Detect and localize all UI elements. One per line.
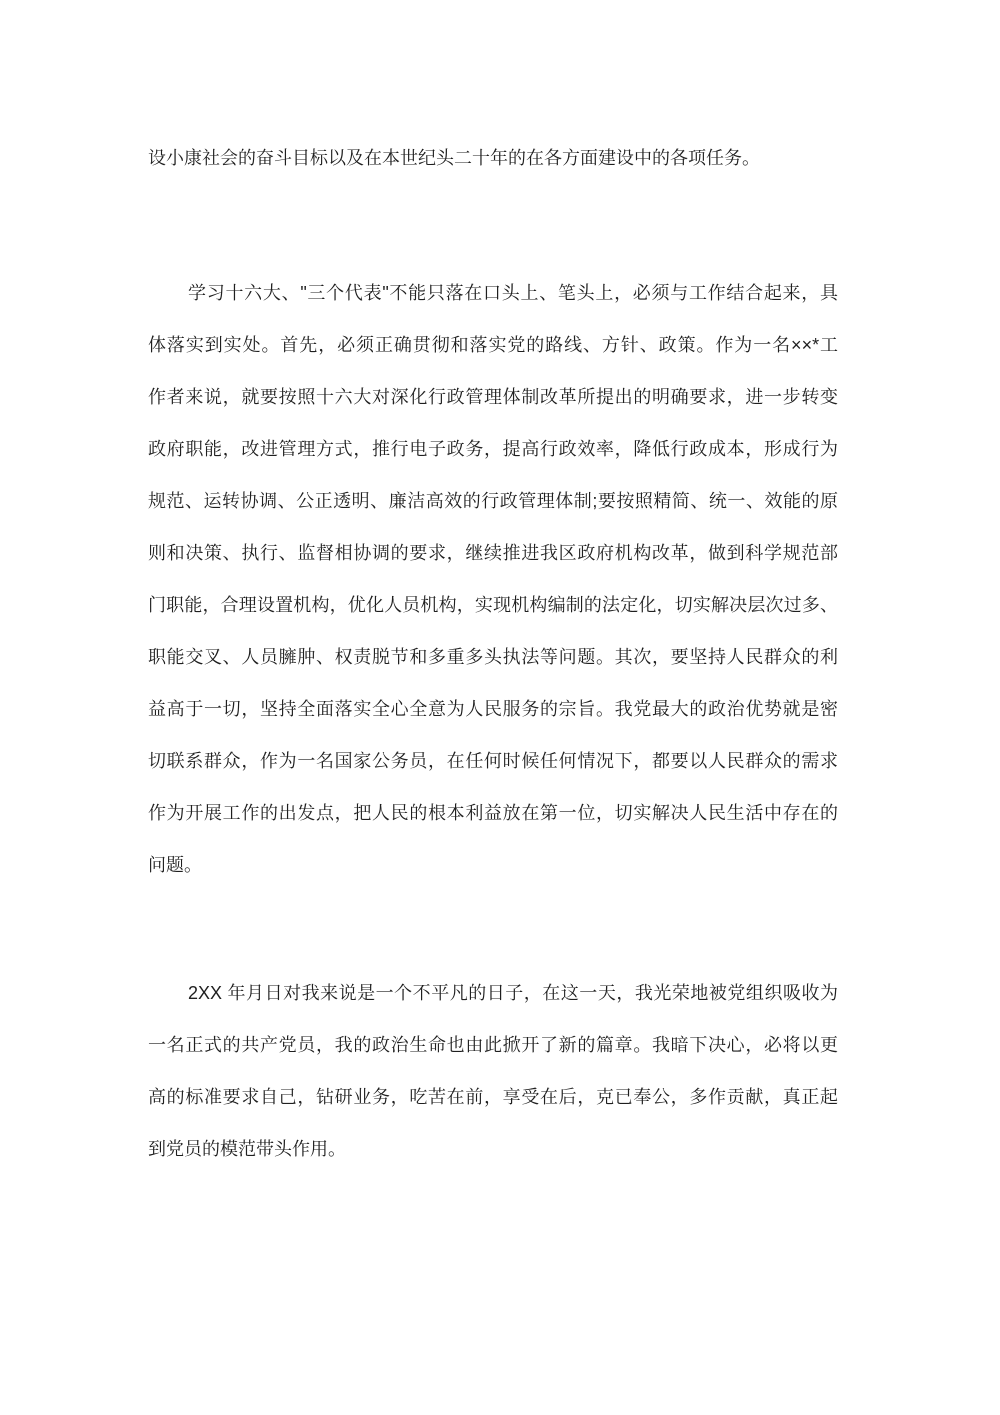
document-page: 设小康社会的奋斗目标以及在本世纪头二十年的在各方面建设中的各项任务。学习十六大、… <box>0 0 1000 1415</box>
text-line: 规范、运转协调、公正透明、廉洁高效的行政管理体制;要按照精简、统一、效能的原 <box>148 475 838 527</box>
text-line: 作者来说，就要按照十六大对深化行政管理体制改革所提出的明确要求，进一步转变 <box>148 371 838 423</box>
text-line: 门职能，合理设置机构，优化人员机构，实现机构编制的法定化，切实解决层次过多、 <box>148 579 838 631</box>
text-line: 体落实到实处。首先，必须正确贯彻和落实党的路线、方针、政策。作为一名××*工 <box>148 319 838 371</box>
paragraph: 2XX 年月日对我来说是一个不平凡的日子，在这一天，我光荣地被党组织吸收为一名正… <box>148 967 838 1175</box>
text-line: 问题。 <box>148 839 838 891</box>
text-line: 到党员的模范带头作用。 <box>148 1123 838 1175</box>
text-line: 政府职能，改进管理方式，推行电子政务，提高行政效率，降低行政成本，形成行为 <box>148 423 838 475</box>
text-line: 作为开展工作的出发点，把人民的根本利益放在第一位，切实解决人民生活中存在的 <box>148 787 838 839</box>
text-line: 学习十六大、"三个代表"不能只落在口头上、笔头上，必须与工作结合起来，具 <box>148 267 838 319</box>
text-line: 一名正式的共产党员，我的政治生命也由此掀开了新的篇章。我暗下决心，必将以更 <box>148 1019 838 1071</box>
text-line: 切联系群众，作为一名国家公务员，在任何时候任何情况下，都要以人民群众的需求 <box>148 735 838 787</box>
text-line: 高的标准要求自己，钻研业务，吃苦在前，享受在后，克已奉公，多作贡献，真正起 <box>148 1071 838 1123</box>
text-line: 2XX 年月日对我来说是一个不平凡的日子，在这一天，我光荣地被党组织吸收为 <box>148 967 838 1019</box>
paragraph: 学习十六大、"三个代表"不能只落在口头上、笔头上，必须与工作结合起来，具体落实到… <box>148 267 838 891</box>
text-line: 职能交叉、人员臃肿、权责脱节和多重多头执法等问题。其次，要坚持人民群众的利 <box>148 631 838 683</box>
text-line: 设小康社会的奋斗目标以及在本世纪头二十年的在各方面建设中的各项任务。 <box>148 132 838 184</box>
text-line: 则和决策、执行、监督相协调的要求，继续推进我区政府机构改革，做到科学规范部 <box>148 527 838 579</box>
text-line: 益高于一切，坚持全面落实全心全意为人民服务的宗旨。我党最大的政治优势就是密 <box>148 683 838 735</box>
paragraph: 设小康社会的奋斗目标以及在本世纪头二十年的在各方面建设中的各项任务。 <box>148 132 838 184</box>
document-body: 设小康社会的奋斗目标以及在本世纪头二十年的在各方面建设中的各项任务。学习十六大、… <box>148 132 838 1175</box>
